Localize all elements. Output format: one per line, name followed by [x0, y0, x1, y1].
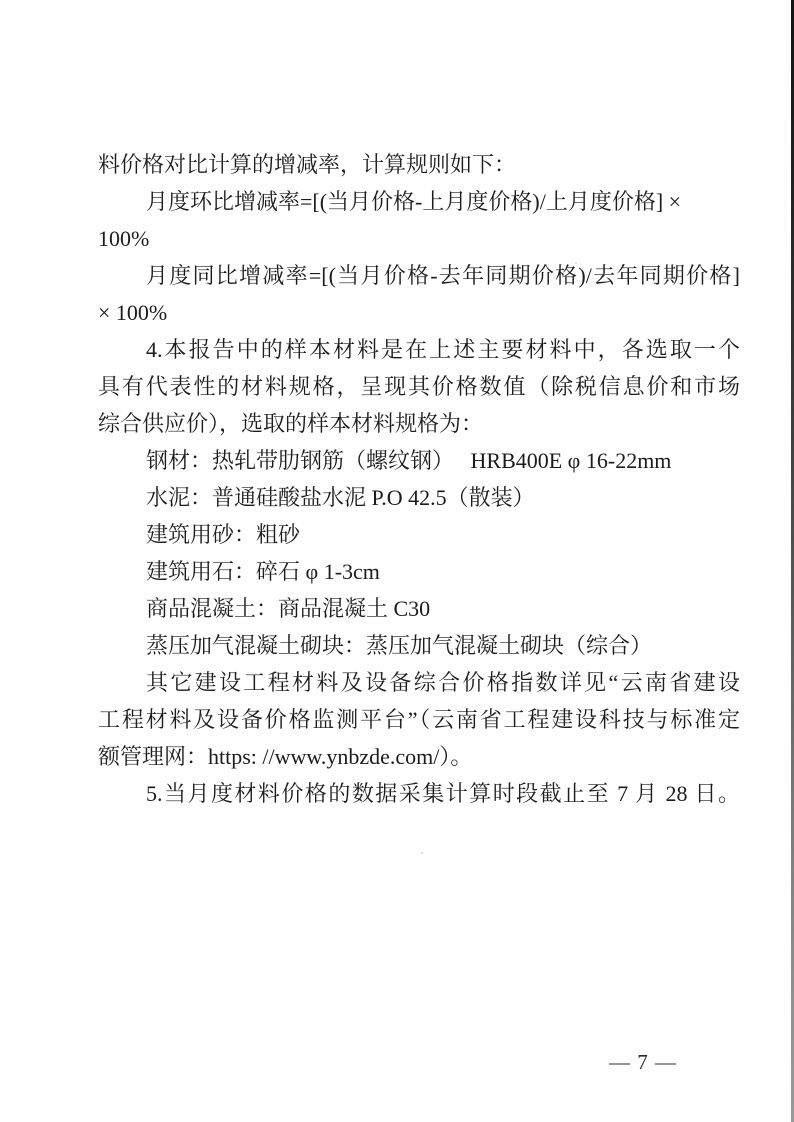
scan-speck — [575, 262, 577, 264]
text-line: 水泥：普通硅酸盐水泥 P.O 42.5（散装） — [98, 479, 740, 516]
text-line: 蒸压加气混凝土砌块：蒸压加气混凝土砌块（综合） — [98, 627, 740, 664]
scan-speck — [185, 284, 187, 286]
text-line: 钢材：热轧带肋钢筋（螺纹钢） HRB400E φ 16-22mm — [98, 442, 740, 479]
text-line: 月度环比增减率=[(当月价格-上月度价格)/上月度价格] × — [98, 183, 740, 220]
text-line: 工程材料及设备价格监测平台”（云南省工程建设科技与标准定 — [98, 701, 740, 738]
scanned-document-page: 料价格对比计算的增减率，计算规则如下：月度环比增减率=[(当月价格-上月度价格)… — [0, 0, 794, 1122]
text-line: 100% — [98, 220, 740, 257]
text-line: 4.本报告中的样本材料是在上述主要材料中，各选取一个 — [98, 331, 740, 368]
text-line: 5.当月度材料价格的数据采集计算时段截止至 7 月 28 日。 — [98, 775, 740, 812]
page-number: — 7 — — [601, 1049, 685, 1075]
text-line: 额管理网：https: //www.ynbzde.com/）。 — [98, 738, 740, 775]
text-line: 商品混凝土：商品混凝土 C30 — [98, 590, 740, 627]
text-line: 料价格对比计算的增减率，计算规则如下： — [98, 146, 740, 183]
scan-speck — [421, 852, 423, 854]
text-line: 建筑用石：碎石 φ 1-3cm — [98, 553, 740, 590]
text-line: 建筑用砂：粗砂 — [98, 516, 740, 553]
text-line: 月度同比增减率=[(当月价格-去年同期价格)/去年同期价格] — [98, 257, 740, 294]
text-line: 具有代表性的材料规格，呈现其价格数值（除税信息价和市场 — [98, 368, 740, 405]
document-body-text: 料价格对比计算的增减率，计算规则如下：月度环比增减率=[(当月价格-上月度价格)… — [98, 146, 740, 812]
text-line: 其它建设工程材料及设备综合价格指数详见“云南省建设 — [98, 664, 740, 701]
text-line: × 100% — [98, 294, 740, 331]
text-line: 综合供应价），选取的样本材料规格为： — [98, 405, 740, 442]
